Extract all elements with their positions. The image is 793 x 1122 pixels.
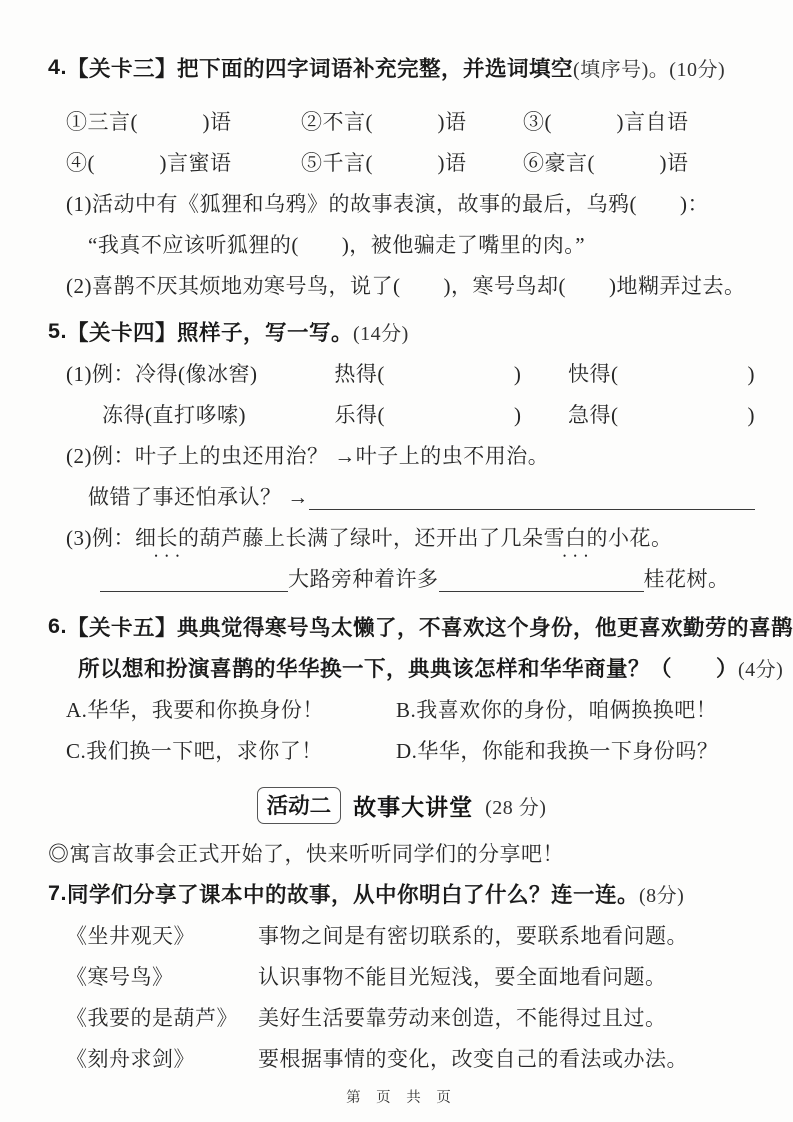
q4-title: 把下面的四字词语补充完整，并选词填空 [177,52,573,83]
q6-heading-line2: 所以想和扮演喜鹊的华华换一下，典典该怎样和华华商量？（ ）(4分) [48,647,755,688]
story-title: 《我要的是葫芦》 [66,1002,258,1032]
word-item-3: ③( )言自语 [523,106,689,136]
word-item-6: ⑥豪言( )语 [523,147,689,177]
q6-option-b: B.我喜欢你的身份，咱俩换换吧！ [396,694,717,724]
word-item-4: ④( )言蜜语 [66,147,301,177]
q4-sub1-line1: (1)活动中有《狐狸和乌鸦》的故事表演，故事的最后，乌鸦( )： [48,182,755,223]
activity2-intro-line: ◎寓言故事会正式开始了，快来听听同学们的分享吧！ [48,832,755,873]
story-moral: 美好生活要靠劳动来创造，不能得过且过。 [258,1002,667,1032]
q4-sub1-text2: “我真不应该听狐狸的( )，被他骗走了嘴里的肉。” [88,229,585,259]
q4-word-row-2: ④( )言蜜语 ⑤千言( )语 ⑥豪言( )语 [48,141,755,182]
q6-option-d: D.华华，你能和我换一下身份吗？ [396,735,718,765]
q6-number: 6. [48,614,67,639]
activity2-title: 故事大讲堂 [353,789,473,822]
q5-title: 照样子，写一写。 [177,316,353,347]
q4-title-note: (填序号)。 [573,53,669,82]
q4-number: 4. [48,55,67,80]
q5-fill-hot: 热得( ) [334,358,568,388]
q7-title: 同学们分享了课本中的故事，从中你明白了什么？连一连。 [67,878,639,909]
q6-heading-line1: 6.【关卡五】典典觉得寒号鸟太懒了，不喜欢这个身份，他更喜欢勤劳的喜鹊， [48,606,755,647]
q5-fill-example-1: (1)例：冷得(像冰窖) [66,358,334,388]
q7-heading: 7.同学们分享了课本中的故事，从中你明白了什么？连一连。(8分) [48,873,755,914]
q5-tag: 【关卡四】 [67,316,177,347]
match-row: 《寒号鸟》 认识事物不能目光短浅，要全面地看问题。 [48,955,755,996]
word-item-2: ②不言( )语 [301,106,523,136]
q4-sub1-line2: “我真不应该听狐狸的( )，被他骗走了嘴里的肉。” [48,223,755,264]
match-row: 《刻舟求剑》 要根据事情的变化，改变自己的看法或办法。 [48,1037,755,1078]
q5-fill-fast: 快得( ) [568,358,755,388]
q6-stem-line2: 所以想和扮演喜鹊的华华换一下，典典该怎样和华华商量？（ ） [78,652,738,683]
q4-sub2-line: (2)喜鹊不厌其烦地劝寒号鸟，说了( )，寒号鸟却( )地糊弄过去。 [48,264,755,305]
q5-sub3-fill-mid: 大路旁种着许多 [288,563,439,593]
story-moral: 认识事物不能目光短浅，要全面地看问题。 [258,961,667,991]
word-item-5: ⑤千言( )语 [301,147,523,177]
story-title: 《坐井观天》 [66,920,258,950]
q5-sub3-emphasized-1: 细长的 [135,522,200,552]
q6-option-c: C.我们换一下吧，求你了！ [66,735,396,765]
answer-blank-1 [100,565,288,592]
q5-sub3-answer-line: 大路旁种着许多桂花树。 [48,557,755,598]
q6-options-row-2: C.我们换一下吧，求你了！ D.华华，你能和我换一下身份吗？ [48,729,755,770]
story-moral: 事物之间是有密切联系的，要联系地看问题。 [258,920,688,950]
q5-sub3-mid: 葫芦藤上长满了绿叶，还开出了几朵 [200,522,544,552]
q5-score: (14分) [353,317,409,346]
q4-sub1-text1: (1)活动中有《狐狸和乌鸦》的故事表演，故事的最后，乌鸦( )： [66,188,709,218]
q4-tag: 【关卡三】 [67,52,177,83]
page-footer-text: 第 页 共 页 [346,1086,457,1107]
q5-sub3-example-line: (3)例：细长的葫芦藤上长满了绿叶，还开出了几朵雪白的小花。 [48,516,755,557]
match-row: 《我要的是葫芦》 美好生活要靠劳动来创造，不能得过且过。 [48,996,755,1037]
q5-sub2-prompt: 做错了事还怕承认？ → [88,481,309,511]
q7-score: (8分) [639,879,684,908]
q6-score: (4分) [738,653,783,682]
activity2-score: (28 分) [485,791,546,820]
q5-sub3-emphasized-2: 雪白的 [544,522,609,552]
q6-tag: 【关卡五】 [67,611,177,642]
story-title: 《寒号鸟》 [66,961,258,991]
q5-sub2-example-line: (2)例：叶子上的虫还用治？ →叶子上的虫不用治。 [48,434,755,475]
q5-sub2-answer-line: 做错了事还怕承认？ → [48,475,755,516]
story-title: 《刻舟求剑》 [66,1043,258,1073]
q5-fill-example-2: 冻得(直打哆嗦) [66,399,335,429]
q7-number: 7. [48,881,67,906]
q5-sub3-fill-tail: 桂花树。 [644,563,730,593]
word-item-1: ①三言( )语 [66,106,301,136]
match-row: 《坐井观天》 事物之间是有密切联系的，要联系地看问题。 [48,914,755,955]
page-footer: 第 页 共 页 [48,1082,755,1110]
answer-blank-line [309,483,755,510]
q5-fill-row-1: (1)例：冷得(像冰窖) 热得( ) 快得( ) [48,352,755,393]
q5-fill-happy: 乐得( ) [335,399,569,429]
q4-score: (10分) [669,53,725,82]
q6-options-row-1: A.华华，我要和你换身份！ B.我喜欢你的身份，咱俩换换吧！ [48,688,755,729]
activity2-intro: ◎寓言故事会正式开始了，快来听听同学们的分享吧！ [48,838,564,868]
q5-sub3-tail: 小花。 [608,522,673,552]
story-moral: 要根据事情的变化，改变自己的看法或办法。 [258,1043,688,1073]
activity2-header: 活动二 故事大讲堂 (28 分) [48,782,755,828]
q5-fill-anxious: 急得( ) [568,399,755,429]
answer-blank-2 [439,565,644,592]
q5-number: 5. [48,319,67,344]
q5-sub3-pre: (3)例： [66,522,135,552]
q4-word-row-1: ①三言( )语 ②不言( )语 ③( )言自语 [48,100,755,141]
q5-heading: 5.【关卡四】照样子，写一写。(14分) [48,311,755,352]
activity2-badge: 活动二 [257,787,342,824]
q4-sub2-text: (2)喜鹊不厌其烦地劝寒号鸟，说了( )，寒号鸟却( )地糊弄过去。 [66,270,745,300]
exam-page: 4.【关卡三】把下面的四字词语补充完整，并选词填空(填序号)。(10分) ①三言… [0,0,793,1122]
q5-sub2-example: (2)例：叶子上的虫还用治？ →叶子上的虫不用治。 [66,440,549,470]
q4-heading: 4.【关卡三】把下面的四字词语补充完整，并选词填空(填序号)。(10分) [48,47,755,88]
q5-fill-row-2: 冻得(直打哆嗦) 乐得( ) 急得( ) [48,393,755,434]
q6-option-a: A.华华，我要和你换身份！ [66,694,396,724]
q6-stem-line1: 典典觉得寒号鸟太懒了，不喜欢这个身份，他更喜欢勤劳的喜鹊， [177,611,793,642]
